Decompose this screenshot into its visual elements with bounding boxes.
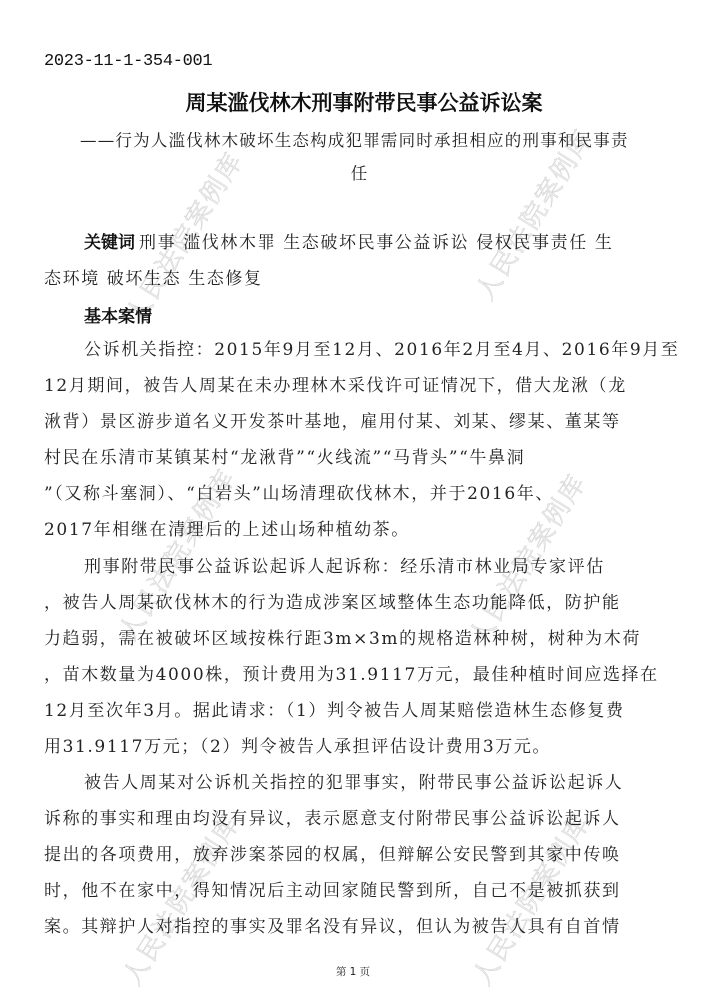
- paragraph-line: 用31.9117万元；（2）判令被告人承担评估设计费用3万元。: [44, 736, 664, 758]
- page-number: 第 1 页: [0, 964, 706, 979]
- keywords-line: 关键词刑事 滥伐林木罪 生态破坏民事公益诉讼 侵权民事责任 生: [84, 232, 664, 254]
- paragraph-line: 湫背）景区游步道名义开发茶叶基地，雇用付某、刘某、缪某、董某等: [44, 411, 664, 433]
- paragraph-line: 12月期间，被告人周某在未办理林木采伐许可证情况下，借大龙湫（龙: [44, 375, 664, 397]
- paragraph-line: 公诉机关指控：2015年9月至12月、2016年2月至4月、2016年9月至: [84, 339, 664, 361]
- paragraph-line: ”（又称斗塞洞）、“白岩头”山场清理砍伐林木，并于2016年、: [44, 483, 664, 505]
- paragraph-line: 2017年相继在清理后的上述山场种植幼茶。: [44, 519, 664, 541]
- document-page: 人民法院案例库 人民法院案例库 人民法院案例库 人民法院案例库 人民法院案例库 …: [0, 0, 706, 999]
- section-heading: 基本案情: [84, 302, 152, 327]
- paragraph-line: 村民在乐清市某镇某村“龙湫背”“火线流”“马背头”“牛鼻洞: [44, 447, 664, 469]
- paragraph-line: ，被告人周某砍伐林木的行为造成涉案区域整体生态功能降低，防护能: [44, 592, 664, 614]
- keywords-text: 刑事 滥伐林木罪 生态破坏民事公益诉讼 侵权民事责任 生: [139, 233, 613, 253]
- document-title: 周某滥伐林木刑事附带民事公益诉讼案: [0, 87, 706, 117]
- paragraph-line: 被告人周某对公诉机关指控的犯罪事实，附带民事公益诉讼起诉人: [84, 772, 664, 794]
- paragraph-line: 提出的各项费用，放弃涉案茶园的权属，但辩解公安民警到其家中传唤: [44, 844, 664, 866]
- document-subtitle: ——行为人滥伐林木破坏生态构成犯罪需同时承担相应的刑事和民事责: [80, 127, 629, 151]
- case-number: 2023-11-1-354-001: [44, 52, 212, 71]
- paragraph-line: 诉称的事实和理由均没有异议，表示愿意支付附带民事公益诉讼起诉人: [44, 808, 664, 830]
- paragraph-line: ，苗木数量为4000株，预计费用为31.9117万元，最佳种植时间应选择在: [44, 664, 664, 686]
- paragraph-line: 12月至次年3月。据此请求：（1）判令被告人周某赔偿造林生态修复费: [44, 700, 664, 722]
- keywords-line-continued: 态环境 破坏生态 生态修复: [44, 268, 664, 290]
- paragraph-line: 时，他不在家中，得知情况后主动回家随民警到所，自己不是被抓获到: [44, 880, 664, 902]
- paragraph-line: 刑事附带民事公益诉讼起诉人起诉称：经乐清市林业局专家评估: [84, 556, 664, 578]
- paragraph-line: 案。其辩护人对指控的事实及罪名没有异议，但认为被告人具有自首情: [44, 916, 664, 938]
- keywords-label: 关键词: [84, 233, 135, 253]
- paragraph-line: 力趋弱，需在被破坏区域按株行距3m×3m的规格造林种树，树种为木荷: [44, 628, 664, 650]
- document-subtitle-continued: 任: [0, 160, 706, 184]
